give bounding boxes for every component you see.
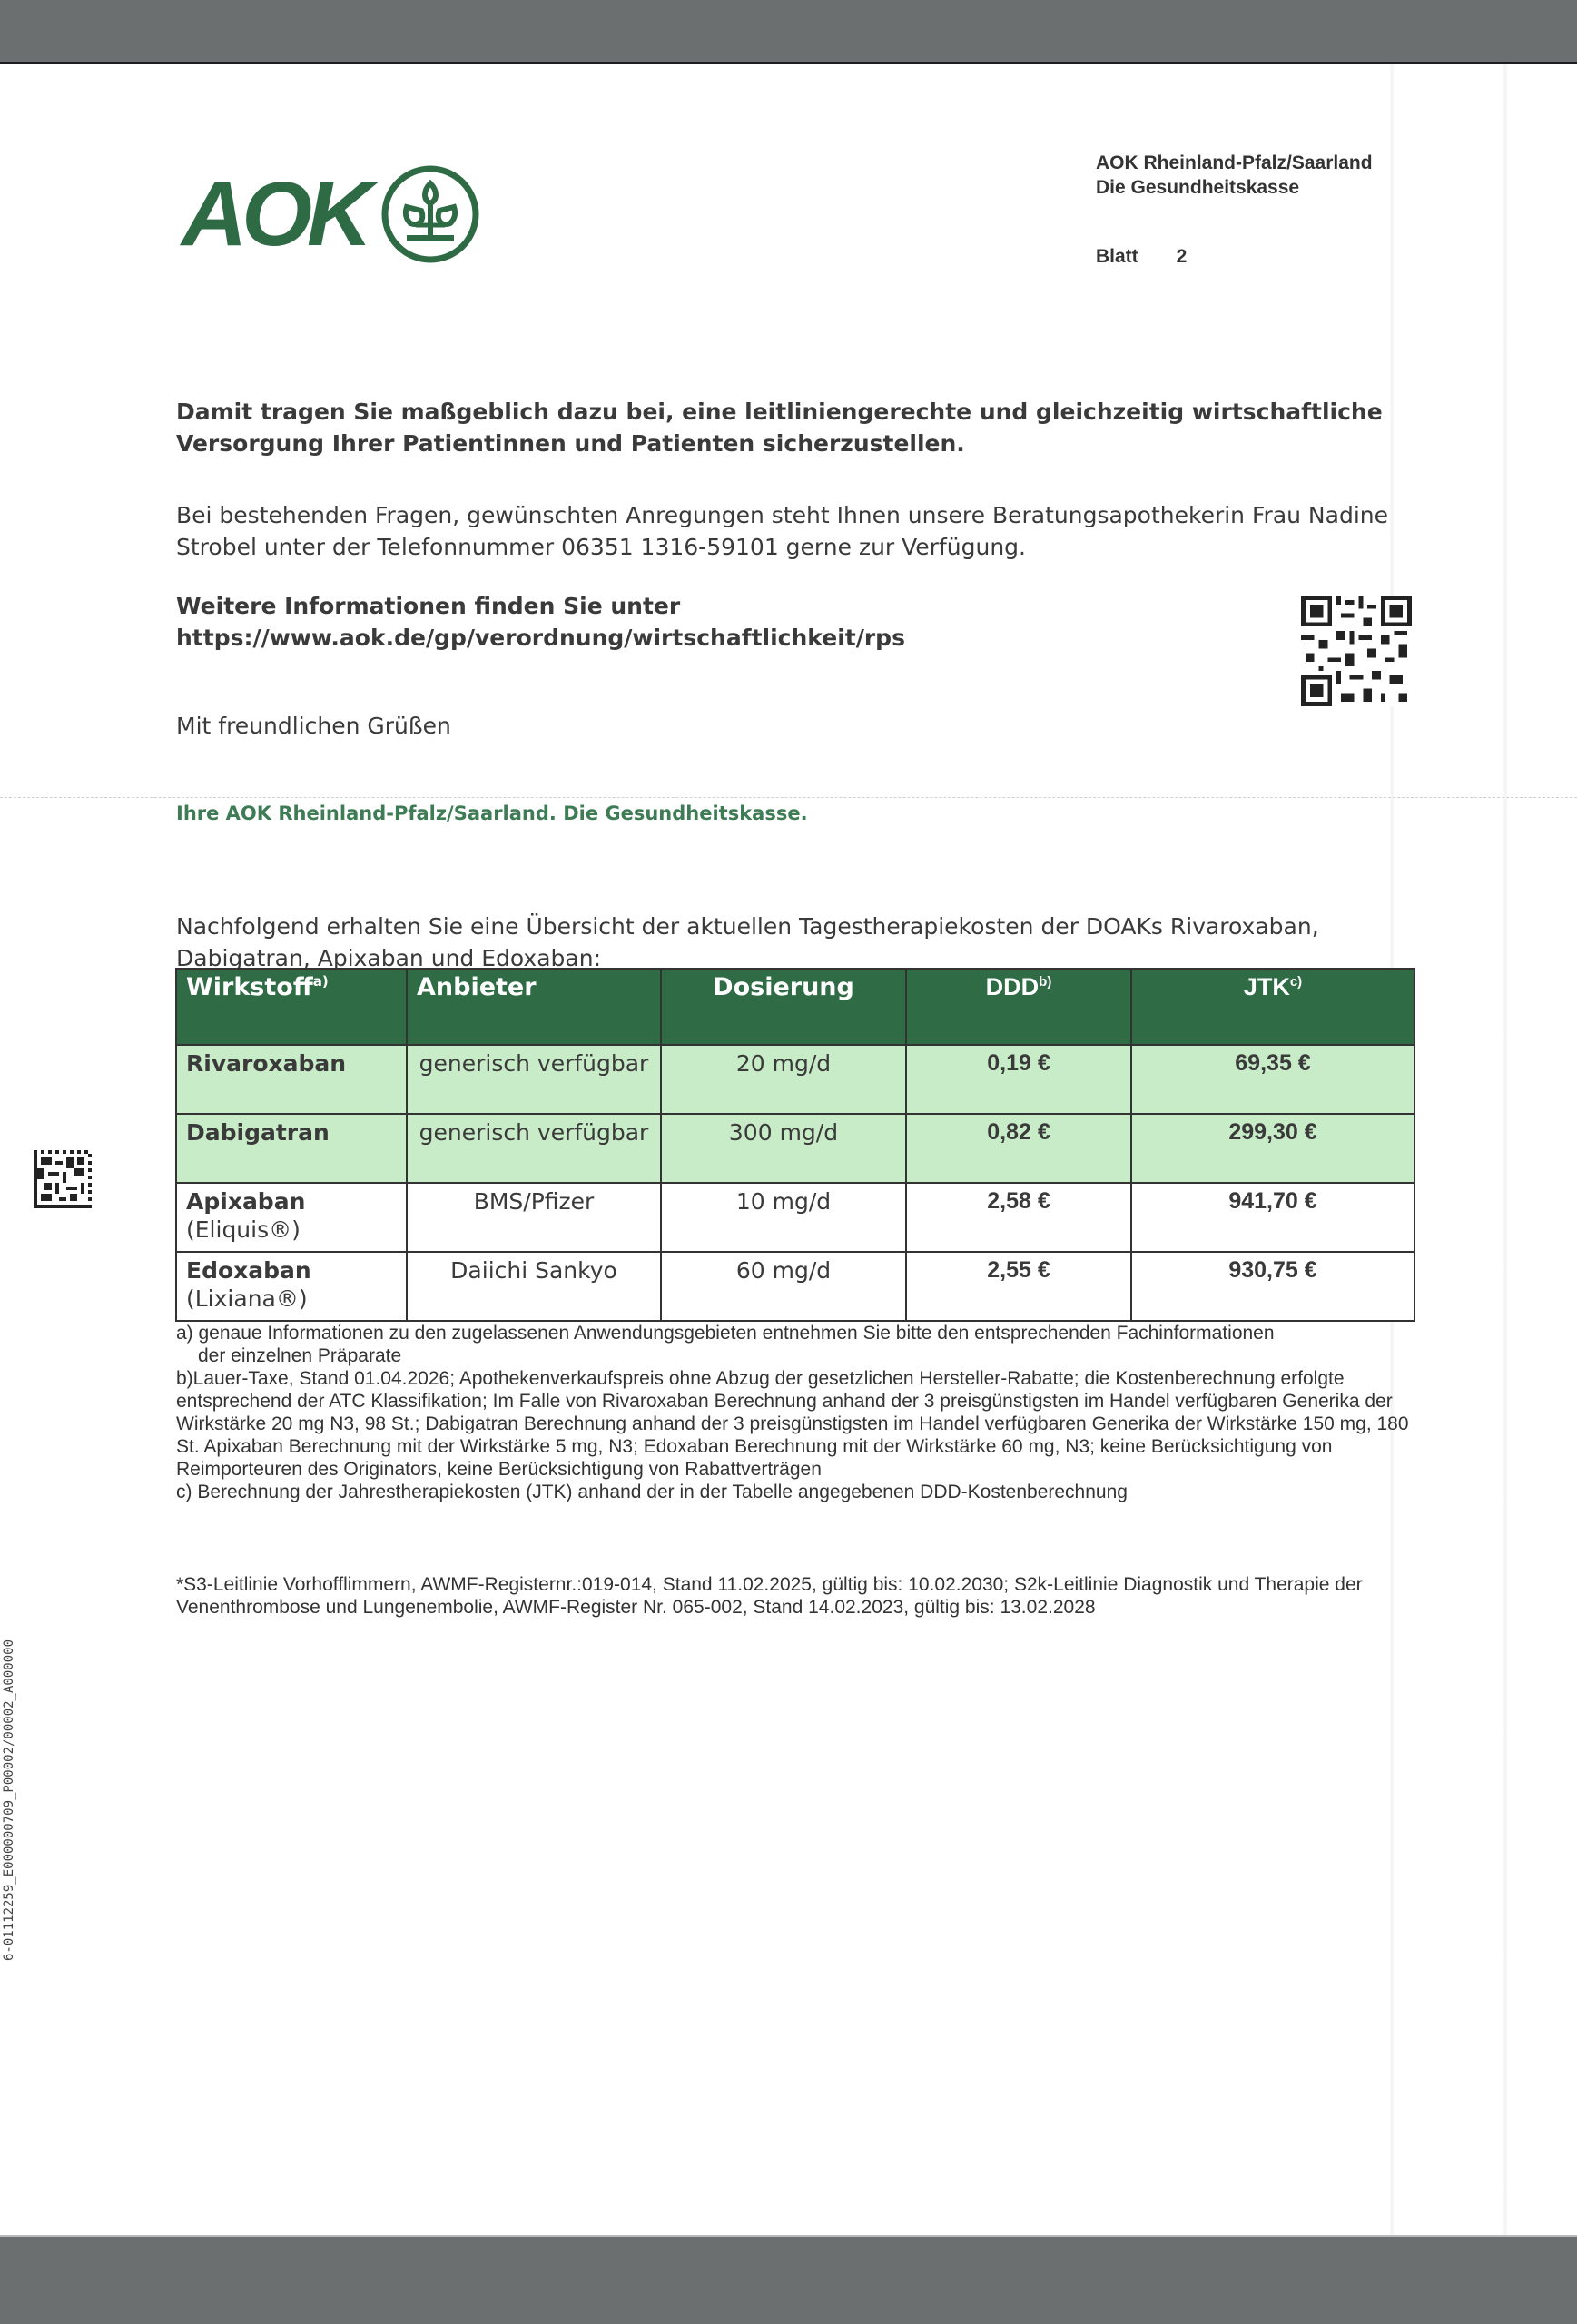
cell-dose: 60 mg/d xyxy=(661,1252,906,1321)
cell-dose: 20 mg/d xyxy=(661,1045,906,1114)
cell-ddd: 0,82 € xyxy=(906,1114,1131,1183)
table-row: Rivaroxaban generisch verfügbar 20 mg/d … xyxy=(176,1045,1414,1114)
sender-name: AOK Rheinland-Pfalz/Saarland xyxy=(1096,151,1373,175)
more-info-label: Weitere Informationen finden Sie unter xyxy=(176,590,1415,622)
closing-greeting: Mit freundlichen Grüßen xyxy=(176,710,1415,742)
aok-tree-icon xyxy=(379,163,481,265)
cell-provider: generisch verfügbar xyxy=(407,1045,661,1114)
sender-tagline: Die Gesundheitskasse xyxy=(1096,175,1373,200)
qr-code-icon[interactable] xyxy=(1300,596,1413,706)
header-anbieter: Anbieter xyxy=(407,969,661,1045)
table-intro: Nachfolgend erhalten Sie eine Übersicht … xyxy=(176,911,1415,974)
header-jtk: JTKc) xyxy=(1131,969,1414,1045)
header-ddd: DDDb) xyxy=(906,969,1131,1045)
doak-cost-table: Wirkstoffa) Anbieter Dosierung DDDb) JTK… xyxy=(175,968,1415,1322)
page-label: Blatt xyxy=(1096,246,1138,267)
cell-dose: 10 mg/d xyxy=(661,1183,906,1252)
cell-dose: 300 mg/d xyxy=(661,1114,906,1183)
cell-jtk: 69,35 € xyxy=(1131,1045,1414,1114)
cell-jtk: 299,30 € xyxy=(1131,1114,1414,1183)
cell-ddd: 2,55 € xyxy=(906,1252,1131,1321)
page-indicator: Blatt2 xyxy=(1096,246,1187,268)
table-header-row: Wirkstoffa) Anbieter Dosierung DDDb) JTK… xyxy=(176,969,1414,1045)
table-row: Edoxaban(Lixiana®) Daiichi Sankyo 60 mg/… xyxy=(176,1252,1414,1321)
aok-logo: AOK xyxy=(182,163,481,265)
cell-jtk: 941,70 € xyxy=(1131,1183,1414,1252)
signature-divider xyxy=(0,797,1577,798)
guideline-references: *S3-Leitlinie Vorhofflimmern, AWMF-Regis… xyxy=(176,1573,1420,1619)
intro-paragraph: Damit tragen Sie maßgeblich dazu bei, ei… xyxy=(176,396,1415,459)
cell-provider: Daiichi Sankyo xyxy=(407,1252,661,1321)
cell-drug: Rivaroxaban xyxy=(176,1045,407,1114)
footnote-a-cont: der einzelnen Präparate xyxy=(176,1344,1420,1367)
more-info-link[interactable]: https://www.aok.de/gp/verordnung/wirtsch… xyxy=(176,622,1415,654)
header-dosierung: Dosierung xyxy=(661,969,906,1045)
scan-margin-id: 6-01112259_E000000709_P00002/00002_A0000… xyxy=(2,1640,16,1961)
cell-jtk: 930,75 € xyxy=(1131,1252,1414,1321)
scanner-bottom-band xyxy=(0,2235,1577,2324)
footnote-b: b)Lauer-Taxe, Stand 01.04.2026; Apotheke… xyxy=(176,1367,1420,1481)
cell-ddd: 0,19 € xyxy=(906,1045,1131,1114)
cell-drug: Dabigatran xyxy=(176,1114,407,1183)
header-wirkstoff: Wirkstoffa) xyxy=(176,969,407,1045)
table-row: Dabigatran generisch verfügbar 300 mg/d … xyxy=(176,1114,1414,1183)
footnote-a: a) genaue Informationen zu den zugelasse… xyxy=(176,1322,1420,1344)
table-footnotes: a) genaue Informationen zu den zugelasse… xyxy=(176,1322,1420,1503)
sender-block: AOK Rheinland-Pfalz/Saarland Die Gesundh… xyxy=(1096,151,1373,200)
footnote-c: c) Berechnung der Jahrestherapiekosten (… xyxy=(176,1481,1420,1503)
more-info: Weitere Informationen finden Sie unter h… xyxy=(176,590,1415,654)
scan-streak xyxy=(1503,62,1508,2235)
cell-provider: generisch verfügbar xyxy=(407,1114,661,1183)
cell-drug: Edoxaban(Lixiana®) xyxy=(176,1252,407,1321)
cell-provider: BMS/Pfizer xyxy=(407,1183,661,1252)
cell-drug: Apixaban(Eliquis®) xyxy=(176,1183,407,1252)
datamatrix-code-icon xyxy=(34,1150,92,1208)
page-number: 2 xyxy=(1177,246,1188,267)
contact-paragraph: Bei bestehenden Fragen, gewünschten Anre… xyxy=(176,499,1415,563)
scanner-top-band xyxy=(0,0,1577,64)
logo-wordmark: AOK xyxy=(182,169,367,260)
signature: Ihre AOK Rheinland-Pfalz/Saarland. Die G… xyxy=(176,803,808,824)
cell-ddd: 2,58 € xyxy=(906,1183,1131,1252)
table-row: Apixaban(Eliquis®) BMS/Pfizer 10 mg/d 2,… xyxy=(176,1183,1414,1252)
